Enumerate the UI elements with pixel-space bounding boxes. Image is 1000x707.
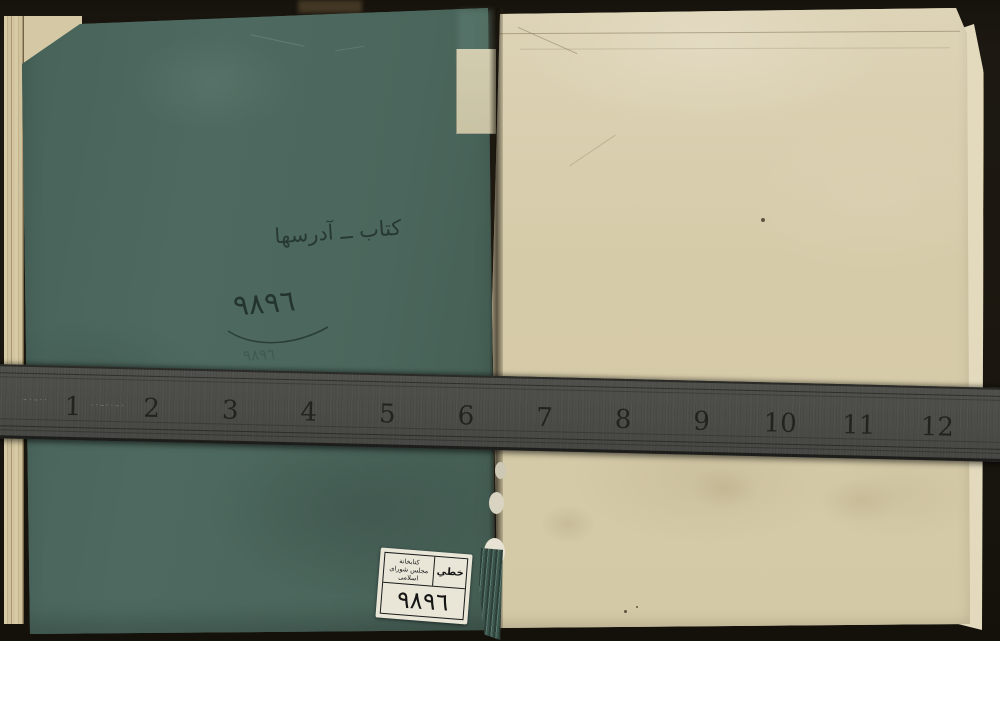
handwritten-shelf-number: ٩٨٩٦ xyxy=(232,283,297,322)
ruler-number-4: 4 xyxy=(300,397,317,427)
label-frame: خطي كتابخانة مجلس شوراى اسلامى ٩٨٩٦ xyxy=(380,552,469,620)
faint-ghost-number: ٩٨٩٦ xyxy=(243,345,276,365)
label-catalog-number: ٩٨٩٦ xyxy=(381,583,465,618)
ruler-number-12: 12 xyxy=(920,412,954,443)
ruler-number-5: 5 xyxy=(379,399,396,429)
page-speck xyxy=(624,610,627,613)
page-stain xyxy=(820,478,900,524)
library-catalog-label: خطي كتابخانة مجلس شوراى اسلامى ٩٨٩٦ xyxy=(375,547,472,624)
page-edges-left xyxy=(4,16,24,624)
gutter-torn-patch xyxy=(489,492,504,514)
ruler-number-10: 10 xyxy=(763,408,797,439)
label-library-name: كتابخانة مجلس شوراى اسلامى xyxy=(383,553,434,586)
teal-book-cover xyxy=(22,8,496,634)
ruler-number-1: 1 xyxy=(64,392,81,422)
ruler-etch-marking: ··–··–· xyxy=(91,400,126,410)
top-edge-smudge xyxy=(298,0,362,13)
ruler-number-6: 6 xyxy=(457,401,474,431)
label-type-text: خطي xyxy=(432,557,467,588)
gutter-torn-patch xyxy=(495,462,506,479)
ruler-number-8: 8 xyxy=(614,405,631,435)
underline-flourish xyxy=(224,322,332,350)
label-library-line: اسلامى xyxy=(398,572,419,582)
ruler-number-7: 7 xyxy=(536,403,553,433)
page-stain xyxy=(690,468,760,510)
ruler-etch-marking: –·–·· xyxy=(23,395,49,405)
ruler-number-2: 2 xyxy=(143,394,160,424)
manuscript-scan: كتاب ــ آدرسها ٩٨٩٦ ٩٨٩٦ خطي كتابخانة مج… xyxy=(0,0,1000,707)
page-speck xyxy=(761,218,765,222)
book-gutter-shadow xyxy=(489,8,503,630)
page-stain xyxy=(540,505,596,543)
ruler-number-3: 3 xyxy=(222,396,239,426)
ruler-number-11: 11 xyxy=(842,410,876,441)
ruler-number-9: 9 xyxy=(693,407,710,437)
page-speck xyxy=(636,606,638,608)
